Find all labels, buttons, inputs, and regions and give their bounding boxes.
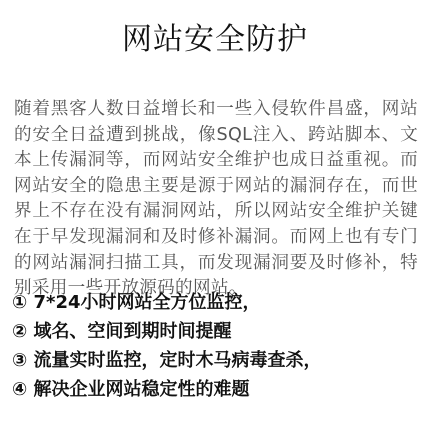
feature-item: ② 域名、空间到期时间提醒 [12,317,422,346]
page-title: 网站安全防护 [0,20,430,60]
intro-paragraph: 随着黑客人数日益增长和一些入侵软件昌盛，网站的安全日益遭到挑战，像SQL注入、跨… [14,97,418,302]
feature-list: ① 7*24小时网站全方位监控， ② 域名、空间到期时间提醒 ③ 流量实时监控，… [12,288,422,404]
feature-item: ① 7*24小时网站全方位监控， [12,288,422,317]
feature-item: ③ 流量实时监控，定时木马病毒查杀， [12,346,422,375]
feature-item: ④ 解决企业网站稳定性的难题 [12,375,422,404]
